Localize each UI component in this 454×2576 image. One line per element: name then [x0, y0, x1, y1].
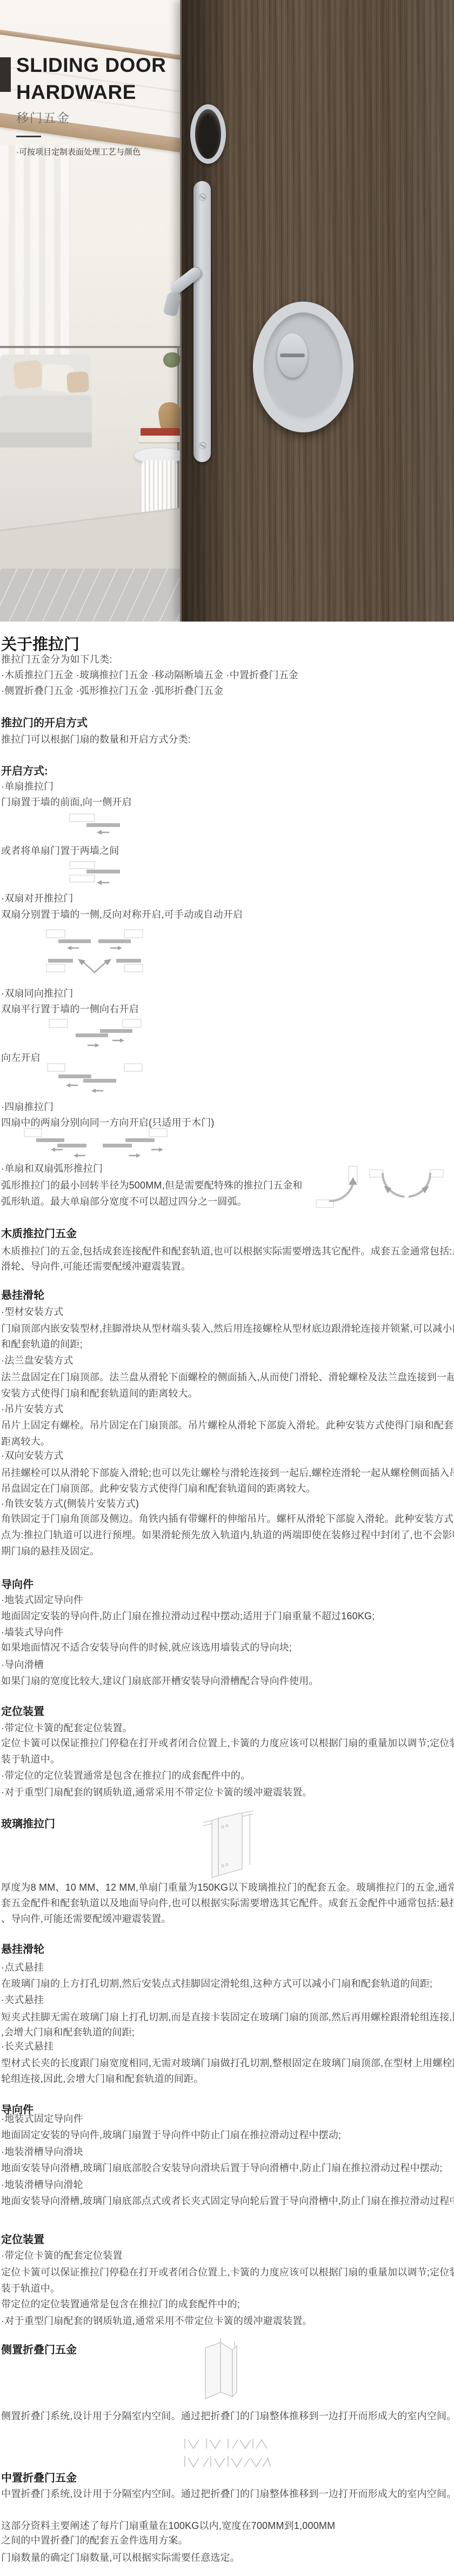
glass-pulley-line: ,会增大门扇和配套轨道的间距; [1, 2025, 135, 2040]
glass-position-line: ·对于重型门扇配套的钢质轨道,通常采用不带定位卡簧的缓冲避震装置。 [1, 2313, 312, 2328]
center-fold-heading: 中置折叠门五金 [1, 2470, 77, 2486]
center-fold-note-line: 这部分资料主要阐述了每片门扇重量在100KG以内,宽度在700MM到1,000M… [1, 2518, 335, 2533]
double-same-left-desc: 向左开启 [1, 1050, 41, 1065]
wood-heading: 木质推拉门五金 [1, 1226, 77, 1242]
curved-door-desc-line: 弧形推拉门的最小回转半径为500MM,但是需要配特殊的推拉门五金和 [1, 1178, 303, 1193]
diagram-single-door-pocket [69, 861, 123, 886]
glass-guide-line: ·地装滑槽导向滑块 [1, 2144, 83, 2159]
single-door-label: ·单扇推拉门 [1, 779, 54, 794]
pillow [13, 359, 44, 389]
wood-position-line: ·带定位卡簧的配套定位装置。 [1, 1720, 132, 1736]
center-fold-note-line: 门扇数量的确定门扇数量,可以根据实际需要任意选定。 [1, 2550, 240, 2565]
glass-pulley-line: 在玻璃门扇的上方打孔切割,然后安装点式挂脚固定滑轮组,这种方式可以减小门扇和配套… [1, 1976, 432, 1991]
about-line: ·木质推拉门五金 ·玻璃推拉门五金 ·移动隔断墙五金 ·中置折叠门五金 [1, 668, 298, 683]
glass-guide-line: 地面安装导向滑槽,玻璃门扇底部胶合安装导向滑块后置于导向滑槽中,防止门扇在推拉滑… [1, 2160, 442, 2175]
wood-guide-line: ·导向滑槽 [1, 1657, 44, 1672]
door-edge-highlight [180, 0, 182, 622]
glass-position-heading: 定位装置 [1, 2232, 44, 2248]
double-same-right-desc: 双扇平行置于墙的一侧向右开启 [1, 1002, 139, 1017]
wood-position-line: 定位卡簧可以保证推拉门停稳在打开或者闭合位置上,卡簧的力度应该可以根据门扇的重量… [1, 1736, 454, 1751]
four-door-label: ·四扇推拉门 [1, 1099, 54, 1115]
wood-position-line: ·带定位的定位装置通常是包含在推拉门的成套配件中的。 [1, 1768, 250, 1783]
single-door-desc: 门扇置于墙的前面,向一侧开启 [1, 795, 132, 810]
wood-pulley-line: ·型材安装方式 [1, 1304, 63, 1319]
wood-guide-line: 地面固定安装的导向件,防止门扇在推拉滑动过程中摆动;适用于门扇重量不超过160K… [1, 1609, 375, 1624]
double-opposite-desc: 双扇分别置于墙的一侧,反向对称开启,可手动或自动开启 [1, 907, 243, 922]
wood-guide-line: ·墙装式导向件 [1, 1625, 63, 1640]
hero-title-line2: HARDWARE [16, 79, 166, 106]
wood-pulley-line: 吊挂螺栓可以从滑轮下部旋入滑轮;也可以先让螺栓与滑轮连接到一起后,螺栓连滑轮一起… [1, 1465, 454, 1480]
page: SLIDING DOOR HARDWARE 移门五金 ·可按项目定制表面处理工艺… [0, 0, 454, 2576]
glass-pulley-heading: 悬挂滑轮 [1, 1941, 44, 1958]
glass-position-line: 定位卡簧可以保证推拉门停稳在打开或者闭合位置上,卡簧的力度应该可以根据门扇的重量… [1, 2265, 454, 2280]
wood-pulley-line: 点为:推拉门轨道可以进行预埋。如果滑轮预先放入轨道内,轨道的两端即使在装修过程中… [1, 1527, 454, 1543]
sofa-seat [0, 396, 92, 436]
pillow [66, 371, 89, 393]
wood-pulley-line: ·角铁安装方式(侧装片安装方式) [1, 1496, 139, 1511]
curtain [0, 145, 70, 361]
glass-intro-line: 套五金配件和配套轨道以及地面导向件,也可以根据实际需要增选其它配件。成套五金配件… [1, 1896, 454, 1911]
hero-title-block: SLIDING DOOR HARDWARE 移门五金 ·可按项目定制表面处理工艺… [16, 52, 166, 157]
wood-position-line: ·对于重型门扇配套的钢质轨道,通常采用不带定位卡簧的缓冲避震装置。 [1, 1785, 312, 1800]
screw [199, 442, 206, 450]
about-line: 推拉门五金分为如下几类: [1, 652, 112, 667]
wood-pulley-line: 角铁固定于门扇角顶部及侧边。角铁内插有带螺杆的伸缩吊片。螺杆从滑轮下部旋入滑轮。… [1, 1511, 454, 1526]
side-fold-desc: 侧置折叠门系统,设计用于分隔室内空间。通过把折叠门的门扇整体推移到一边打开而形成… [1, 2408, 454, 2424]
hero-note: ·可按项目定制表面处理工艺与颜色 [16, 146, 166, 157]
wood-pulley-line: ·双向安装方式 [1, 1448, 63, 1463]
hero-subtitle: 移门五金 [16, 108, 166, 126]
glass-pulley-line: 轮组连接,因此,会增大门扇和配套轨道的间距。 [1, 2071, 203, 2086]
glass-pulley-line: 型材式长夹的长度跟门扇宽度相同,无需对玻璃门扇做打孔切割,整根固定在玻璃门扇顶部… [1, 2056, 454, 2071]
hero-title-line1: SLIDING DOOR [16, 52, 166, 79]
double-same-label: ·双扇同向推拉门 [1, 986, 74, 1001]
diagram-four-door [23, 1127, 169, 1158]
glass-pulley-line: 短夹式挂脚无需在玻璃门扇上打孔切割,而是直接卡装固定在玻璃门扇的顶部,然后再用螺… [1, 2010, 454, 2025]
curved-door-desc-line: 弧形轨道。最大单扇部分宽度不可以超过四分之一圆弧。 [1, 1194, 247, 1209]
center-fold-desc: 中置折叠门系统,设计用于分隔室内空间。通过把折叠门的门扇整体推移到一边打开而形成… [1, 2486, 454, 2501]
wood-pulley-heading: 悬挂滑轮 [1, 1287, 44, 1304]
about-line: ·侧置折叠门五金 ·弧形推拉门五金 ·弧形折叠门五金 [1, 683, 223, 698]
opening-intro: 推拉门可以根据门扇的数量和开启方式分类: [1, 732, 191, 747]
glass-pulley-line: ·长夹式悬挂 [1, 2039, 54, 2054]
glass-guide-line: 地面固定安装的导向件,玻璃门扇置于导向件中防止门扇在推拉滑动过程中摆动; [1, 2127, 341, 2143]
glass-intro-line: 、导向件,可能还需要配缓冲避震装置。 [1, 1911, 171, 1926]
book [138, 436, 184, 442]
mortise-lock-edge-plate [193, 181, 211, 462]
wood-pulley-line: 法兰盘固定在门扇顶部。法兰盘从滑轮下面螺栓的侧面插入,从而使门滑轮、滑轮螺栓及法… [1, 1370, 454, 1385]
glass-guide-line: ·地装式固定导向件 [1, 2111, 83, 2126]
diagram-double-opposite [45, 927, 144, 974]
wood-guide-heading: 导向件 [1, 1577, 34, 1593]
center-fold-note-line: 之间的中置折叠门的配套五金件选用方案。 [1, 2533, 188, 2548]
diagram-curved-single [315, 1165, 363, 1210]
sofa-skirt [0, 432, 92, 448]
thumbturn-slot [280, 353, 305, 357]
hero-banner: SLIDING DOOR HARDWARE 移门五金 ·可按项目定制表面处理工艺… [0, 0, 454, 622]
glass-position-line: 装于轨道中。 [1, 2281, 60, 2296]
glass-partition-frame [0, 346, 180, 348]
wood-pulley-line: 门扇顶部内嵌安装型材,挂脚滑块从型材端头装入,然后用连接螺栓从型材底边跟滑轮连接… [1, 1321, 454, 1336]
glass-pulley-line: ·点式悬挂 [1, 1960, 44, 1975]
wood-guide-line: ·地装式固定导向件 [1, 1592, 83, 1607]
wood-guide-line: 如果地面情况不适合安装导向件的时候,就应该选用墙装式的导向块; [1, 1640, 292, 1655]
diagram-glass-door-sketch [200, 1808, 257, 1880]
opening-heading: 推拉门的开启方式 [1, 715, 88, 731]
glass-guide-line: ·地装滑槽导向滑轮 [1, 2177, 83, 2192]
side-fold-heading: 侧置折叠门五金 [1, 2342, 77, 2358]
wood-intro-line: 木质推拉门的五金,包括成套连接配件和配套轨道,也可以根据实际需要增选其它配件。成… [1, 1244, 454, 1259]
divider [16, 136, 41, 137]
wood-pulley-line: 距离较大。 [1, 1434, 50, 1449]
wood-pulley-line: 和配套轨道的间距; [1, 1337, 83, 1352]
marble-floor [0, 569, 180, 622]
glass-position-line: ·带定位卡簧的配套定位装置 [1, 2248, 123, 2263]
glass-guide-line: 地面安装导向滑槽,玻璃门扇底部点式或者长夹式固定导向轮后置于导向滑槽中,防止门扇… [1, 2193, 454, 2208]
glass-pulley-line: ·夹式悬挂 [1, 1992, 44, 2007]
diagram-folding-door-sketch [201, 2336, 253, 2405]
wood-pulley-line: 安装方式使得门扇和配套轨道间的距离较大。 [1, 1386, 198, 1401]
diagram-curved-double [369, 1163, 444, 1210]
opening-modes-label: 开启方式: [1, 763, 48, 779]
curved-door-label: ·单扇和双扇弧形推拉门 [1, 1161, 103, 1176]
wood-pulley-line: ·法兰盘安装方式 [1, 1353, 74, 1368]
wood-position-heading: 定位装置 [1, 1704, 44, 1720]
wood-guide-line: 如果门扇的宽度比较大,建议门扇底部开槽安装导向滑槽配合导向件使用。 [1, 1673, 319, 1689]
round-flush-pull-small [190, 104, 226, 164]
diagram-folding-plan-symbols [183, 2438, 272, 2469]
diagram-double-same-left [46, 1063, 144, 1093]
picture-frame [0, 57, 11, 92]
glass-position-line: 带定位的定位装置通常是包含在推拉门的成套配件中的; [1, 2297, 240, 2312]
screw [199, 193, 206, 201]
single-door-alt-desc: 或者将单扇门置于两墙之间 [1, 843, 119, 858]
glass-intro-line: 厚度为8 MM、10 MM、12 MM,单扇门重量为150KG以下玻璃推拉门的配… [1, 1880, 454, 1895]
wood-pulley-line: 期门扇的悬挂及固定。 [1, 1544, 99, 1559]
diagram-single-door-front [69, 813, 123, 837]
wood-pulley-line: ·吊片安装方式 [1, 1402, 63, 1417]
wood-pulley-line: 吊盘固定在门扇顶部。此种安装方式使得门扇和配套轨道间的距离较大。 [1, 1481, 316, 1496]
diagram-double-same-right [48, 1018, 142, 1047]
wood-position-line: 装于轨道中。 [1, 1752, 60, 1767]
wood-intro-line: 滑轮、导向件,可能还需要配缓冲避震装置。 [1, 1259, 191, 1274]
wood-pulley-line: 吊片上固定有螺栓。吊片固定在门扇顶部。吊片螺栓从滑轮下部旋入滑轮。此种安装方式使… [1, 1418, 454, 1433]
glass-heading: 玻璃推拉门 [1, 1816, 55, 1832]
double-opposite-label: ·双扇对开推拉门 [1, 891, 74, 906]
